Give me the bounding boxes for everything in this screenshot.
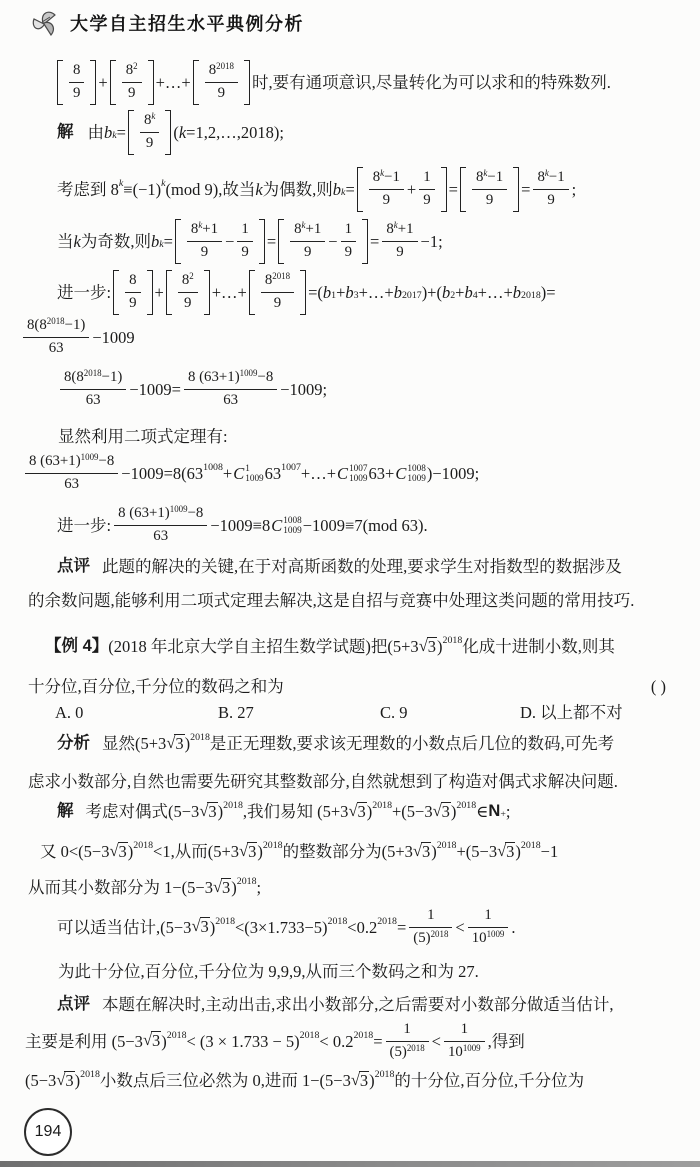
bold-label: 点评 [57,556,90,577]
superscript: 2018 [437,841,457,851]
floor-brackets: 8k9 [128,110,171,155]
text: 63 [265,463,282,484]
text: 8 [209,62,216,80]
right-floor-bracket [259,219,265,264]
fraction: 8k+19 [187,220,222,263]
superscript: 1008 [203,463,223,473]
text: ≡(−1) [123,179,161,200]
fraction-numerator: 82 [122,61,142,82]
floor-brackets: 829 [166,270,210,315]
right-floor-bracket [165,110,171,155]
fraction-denominator: 63 [60,389,126,411]
fraction-denominator: 9 [419,189,434,211]
text: 时,要有通项意识,尽量转化为可以求和的特殊数列. [252,72,611,93]
binomial-scripts: 10081009 [407,463,425,484]
fraction-numerator: 1 [341,220,356,241]
text: 考虑到 8 [57,179,119,200]
text: <(3×1.733−5) [235,917,328,938]
page-header: 大学自主招生水平典例分析 [28,8,304,40]
text: −8 [98,453,114,471]
line-k-even-case: 考虑到 8k≡(−1)k(mod 9),故当 k 为偶数,则 bk=8k−19+… [57,167,576,212]
text: 9 [423,192,430,210]
text: <1,从而(5+3 [153,841,239,862]
sqrt: √3 [191,917,209,937]
fraction: 1101009 [468,906,509,949]
superscript: 2018 [84,369,102,378]
sqrt: √3 [351,1071,369,1091]
text: 10 [472,930,487,948]
text: 63 [64,476,79,494]
text: = [521,179,530,200]
text: 8(8 [27,317,47,335]
text: 9 [218,85,225,103]
radicand: 3 [151,1031,161,1051]
text: 8 (63+1) [29,453,81,471]
floor-brackets: 820189 [249,270,306,315]
superscript: k [151,112,155,121]
bold-label: 解 [57,122,74,143]
text: 8 [182,272,189,290]
bold-label: 点评 [57,994,90,1015]
text: 虑求小数部分,自然也需要先研究其整数部分,自然就想到了构造对偶式求解决问题. [28,771,618,792]
text: (mod 9),故当 [166,179,256,200]
fraction-denominator: 63 [23,337,89,359]
line-binomial-intro: 显然利用二项式定理有: [58,426,228,447]
text: −1009; [280,379,327,400]
publisher-logo-icon [28,8,60,40]
fraction: 19 [341,220,356,263]
superscript: 2018 [263,841,283,851]
text: 9 [73,85,80,103]
fraction-numerator: 82 [178,271,198,292]
floor-content: 8k−19+19 [366,167,438,212]
radicand: 3 [118,842,128,862]
fraction-numerator: 1 [444,1020,485,1041]
superscript: 2018 [443,636,463,646]
text: 1 [484,907,491,925]
text: + [455,282,464,303]
fraction-numerator: 8 (63+1)1009−8 [25,452,118,473]
fraction: 8(82018−1)63 [23,316,89,359]
superscript: 1007 [281,463,301,473]
text: ; [506,801,511,822]
text: 9 [304,244,311,262]
superscript: k [483,169,487,178]
superscript: k [161,179,165,189]
superscript: 2018 [190,733,210,743]
superscript: 2018 [375,1070,395,1080]
text: 1 [423,169,430,187]
superscript: 2018 [372,801,392,811]
text: −1009≡7(mod 63). [303,515,428,536]
right-floor-bracket [362,219,368,264]
binomial-letter: C [395,463,406,484]
text: +…+ [359,282,394,303]
text: −1 [549,169,565,187]
fraction: 8 (63+1)1009−863 [25,452,118,495]
fraction-numerator: 8(82018−1) [60,368,126,389]
math-var: b [345,282,353,303]
text: 1 [403,1021,410,1039]
text: 9 [547,192,554,210]
fraction-denominator: 9 [69,82,84,104]
text: 8 (63+1) [188,369,240,387]
floor-content: 8k−19 [469,167,510,212]
superscript: 1009 [170,505,188,514]
text: 9 [383,192,390,210]
fraction-denominator: 9 [261,292,294,314]
subscript: 2 [450,291,455,301]
superscript: 2018 [377,917,397,927]
binomial-sub: 1009 [245,473,263,484]
text: 为此十分位,百分位,千分位为 9,9,9,从而三个数码之和为 27. [58,961,479,982]
page-number-badge: 194 [24,1108,72,1156]
fraction: 8k−19 [369,168,404,211]
binomial-scripts: 10071009 [349,463,367,484]
floor-content: 89 [122,270,143,315]
floor-content: 8k+19−19 [287,219,359,264]
line-sum-rewritten: 8(82018−1)63−1009=8 (63+1)1009−863−1009; [57,368,327,411]
fraction-numerator: 8k−1 [369,168,404,189]
sqrt: √3 [413,842,431,862]
fraction-numerator: 8 [125,271,140,292]
radicand: 3 [357,802,367,822]
choice-item: C. 9 [380,702,520,723]
choice-item: A. 0 [55,702,218,723]
floor-content: 8k9 [137,110,162,155]
binomial-C: C10081009 [395,463,425,484]
text: )= [541,282,556,303]
radicand: 3 [64,1071,74,1091]
line-integer-part: 又 0<(5−3√3)2018<1,从而(5+3√3)2018 的整数部分为(5… [40,841,558,862]
text: ∈ [476,801,488,822]
binomial-letter: C [337,463,348,484]
binomial-sup: 1007 [349,463,367,474]
fraction-numerator: 8 [69,61,84,82]
text: +…+ [301,463,336,484]
superscript: k [394,221,398,230]
superscript: 2018 [521,841,541,851]
text: ; [572,179,577,200]
fraction-numerator: 8k+1 [187,220,222,241]
binomial-scripts: 10081009 [283,515,301,536]
text: 9 [241,244,248,262]
text: ; [257,877,262,898]
fraction-numerator: 8 (63+1)1009−8 [114,504,207,525]
text: = [397,917,406,938]
line-example4-stem-a: 【例 4】(2018 年北京大学自主招生数学试题)把(5+3√3)2018 化成… [45,636,615,657]
line-solution-bk-def: 解由 bk=8k9(k=1,2,…,2018); [57,110,284,155]
text: 进一步: [57,515,111,536]
fraction-denominator: 9 [178,292,198,314]
text: = [164,231,173,252]
text: 9 [146,135,153,153]
fraction: 8 (63+1)1009−863 [184,368,277,411]
math-var: b [464,282,472,303]
text: 8 (63+1) [118,505,170,523]
line-series-sum-intro: 89+829+…+820189时,要有通项意识,尽量转化为可以求和的特殊数列. [55,60,611,105]
text: 显然利用二项式定理有: [58,426,228,447]
left-floor-bracket [278,219,284,264]
sqrt: √3 [109,842,127,862]
fraction-numerator: 1 [419,168,434,189]
line-comment-2c: (5−3√3)2018 小数点后三位必然为 0,进而 1−(5−3√3)2018… [25,1070,584,1091]
binomial-C: C10081009 [271,515,301,536]
choice-item: D. 以上都不对 [520,702,623,723]
left-floor-bracket [193,60,199,105]
binomial-sub: 1009 [283,525,301,536]
superscript: 2018 [216,62,234,71]
line-answer-choices: A. 0B. 27C. 9D. 以上都不对 [55,702,623,723]
math-var: b [151,231,159,252]
text: 此题的解决的关键,在于对高斯函数的处理,要求学生对指数型的数据涉及 [102,556,622,577]
left-floor-bracket [249,270,255,315]
left-floor-bracket [113,270,119,315]
superscript: k [198,221,202,230]
floor-content: 820189 [202,60,241,105]
line-example4-stem-b: 十分位,百分位,千分位的数码之和为( ) [0,676,700,697]
text: −1 [487,169,503,187]
text: < [455,917,464,938]
right-floor-bracket [441,167,447,212]
text: 8 [144,112,151,130]
text: 为偶数,则 [263,179,333,200]
line-k-odd-case: 当 k 为奇数,则 bk=8k+19−19=8k+19−19=8k+19−1; [57,219,443,264]
sqrt: √3 [199,802,217,822]
fraction-denominator: (5)2018 [386,1041,429,1063]
text: 的十分位,百分位,千分位为 [394,1070,584,1091]
floor-content: 89 [66,60,87,105]
binomial-sub: 1009 [349,473,367,484]
superscript: 2018 [353,1031,373,1041]
radicand: 3 [441,802,451,822]
text: + [98,72,107,93]
fraction-denominator: 9 [187,241,222,263]
text: +1 [398,221,414,239]
text: < [432,1031,441,1052]
fraction: 1101009 [444,1020,485,1063]
fraction-numerator: 1 [386,1020,429,1041]
radicand: 3 [427,637,437,657]
fraction: 8 (63+1)1009−863 [114,504,207,547]
binomial-letter: C [271,515,282,536]
text: (5) [413,930,430,948]
math-var: k [74,231,81,252]
superscript: 2 [189,272,193,281]
fraction: 8(82018−1)63 [60,368,126,411]
text: −1 [541,841,559,862]
text: 63 [223,392,238,410]
floor-brackets: 8k−19 [460,167,519,212]
text: −1009=8(63 [121,463,203,484]
fraction-denominator: 101009 [444,1041,485,1063]
fraction-denominator: 9 [205,82,238,104]
right-floor-bracket [148,60,154,105]
right-floor-bracket [90,60,96,105]
right-floor-bracket [204,270,210,315]
text: +…+ [156,72,191,93]
superscript: 2018 [47,317,65,326]
text: 考虑对偶式(5−3 [86,801,200,822]
fraction-denominator: 9 [533,189,568,211]
fraction-denominator: 9 [472,189,507,211]
bold-label: 分析 [57,733,90,754]
fraction-numerator: 82018 [205,61,238,82]
text: 8 [129,272,136,290]
text: 1 [241,221,248,239]
fraction-denominator: 9 [369,189,404,211]
fraction: 89 [69,61,84,104]
right-floor-bracket [244,60,250,105]
floor-content: 829 [175,270,201,315]
superscript: 1009 [240,369,258,378]
text: (5) [390,1044,407,1062]
right-floor-bracket [300,270,306,315]
text: 从而其小数部分为 1−(5−3 [28,877,213,898]
text: 10 [448,1044,463,1062]
left-floor-bracket [166,270,172,315]
superscript: 2018 [407,1044,425,1053]
floor-brackets: 89 [57,60,96,105]
binomial-sup: 1008 [283,515,301,526]
choice-item: B. 27 [218,702,380,723]
floor-content: 829 [119,60,145,105]
text: 十分位,百分位,千分位的数码之和为 [28,676,284,697]
book-page: 大学自主招生水平典例分析 89+829+…+820189时,要有通项意识,尽量转… [0,0,700,1167]
text: +(5−3 [456,841,497,862]
text: 8 [537,169,544,187]
subscript: + [500,810,506,820]
line-digits-answer: 为此十分位,百分位,千分位为 9,9,9,从而三个数码之和为 27. [58,961,479,982]
text: = [267,231,276,252]
text: = [373,1031,382,1052]
fraction: 8k−19 [472,168,507,211]
text: < 0.2 [319,1031,353,1052]
text: 8 [191,221,198,239]
text: 为奇数,则 [81,231,151,252]
floor-content: 8k+19−19 [184,219,256,264]
fraction-denominator: 9 [382,241,417,263]
superscript: 2018 [80,1070,100,1080]
left-floor-bracket [175,219,181,264]
fraction: 820189 [205,61,238,104]
floor-brackets: 8k+19−19 [175,219,265,264]
fraction: 829 [122,61,142,104]
fraction-denominator: 9 [341,241,356,263]
left-floor-bracket [460,167,466,212]
text: 8 [126,62,133,80]
math-var: k [255,179,262,200]
text: =1,2,…,2018); [186,122,284,143]
text: 8 [265,272,272,290]
radicand: 3 [200,917,210,937]
text: 当 [57,231,74,252]
text: 8 [294,221,301,239]
sqrt: √3 [56,1071,74,1091]
text: −1 [384,169,400,187]
radicand: 3 [174,734,184,754]
text: )+( [422,282,442,303]
line-fraction-part: 从而其小数部分为 1−(5−3√3)2018; [28,877,261,898]
text: + [407,179,416,200]
superscript: 2018 [167,1031,187,1041]
floor-content: 820189 [258,270,297,315]
text: +…+ [478,282,513,303]
text: 1 [427,907,434,925]
superscript: 2018 [272,272,290,281]
text: 进一步: [57,282,111,303]
fraction-numerator: 8k+1 [382,220,417,241]
superscript: 1009 [81,453,99,462]
fraction: 8k+19 [382,220,417,263]
text: −1; [421,231,443,252]
text: −8 [257,369,273,387]
text: 63 [86,392,101,410]
page-number: 194 [35,1123,62,1141]
text: = [370,231,379,252]
fraction-numerator: 8(82018−1) [23,316,89,337]
line-estimate: 可以适当估计,(5−3√3)2018<(3×1.733−5)2018<0.220… [57,906,516,949]
sqrt: √3 [348,802,366,822]
text: 主要是利用 (5−3 [25,1031,143,1052]
fraction-numerator: 82018 [261,271,294,292]
fraction-numerator: 8k+1 [290,220,325,241]
text: 8 [476,169,483,187]
binomial-letter: C [233,463,244,484]
text: 9 [184,295,191,313]
binomial-scripts: 11009 [245,463,263,484]
text: 小数点后三位必然为 0,进而 1−(5−3 [100,1070,351,1091]
superscript: 2018 [456,801,476,811]
superscript: 2 [133,62,137,71]
binomial-C: C10071009 [337,463,367,484]
text: 9 [201,244,208,262]
fraction: 8k9 [140,111,159,154]
superscript: 1009 [487,930,505,939]
binomial-C: C11009 [233,463,263,484]
text: −8 [188,505,204,523]
text: +1 [202,221,218,239]
radicand: 3 [505,842,515,862]
floor-brackets: 89 [113,270,152,315]
left-floor-bracket [110,60,116,105]
radicand: 3 [221,878,231,898]
subscript: 4 [473,291,478,301]
text: −1) [65,317,86,335]
text: −1009 [92,327,134,348]
right-floor-bracket [513,167,519,212]
text: 8 [73,62,80,80]
floor-brackets: 820189 [193,60,250,105]
fraction-numerator: 1 [237,220,252,241]
fraction: 1(5)2018 [409,906,452,949]
fraction-denominator: 9 [140,132,159,154]
text: −1) [102,369,123,387]
superscript: 2018 [215,917,235,927]
fraction: 8k−19 [533,168,568,211]
bold-label: 【例 4】 [45,636,108,657]
binomial-sup: 1 [245,463,250,474]
superscript: k [545,169,549,178]
subscript: 1 [331,291,336,301]
text: +(5−3 [392,801,433,822]
fraction-denominator: 9 [237,241,252,263]
text: 的余数问题,能够利用二项式定理去解决,这是自招与竞赛中处理这类问题的常用技巧. [28,590,634,611]
left-floor-bracket [128,110,134,155]
math-var: b [394,282,402,303]
text: 8 [386,221,393,239]
superscript: 2018 [431,930,449,939]
